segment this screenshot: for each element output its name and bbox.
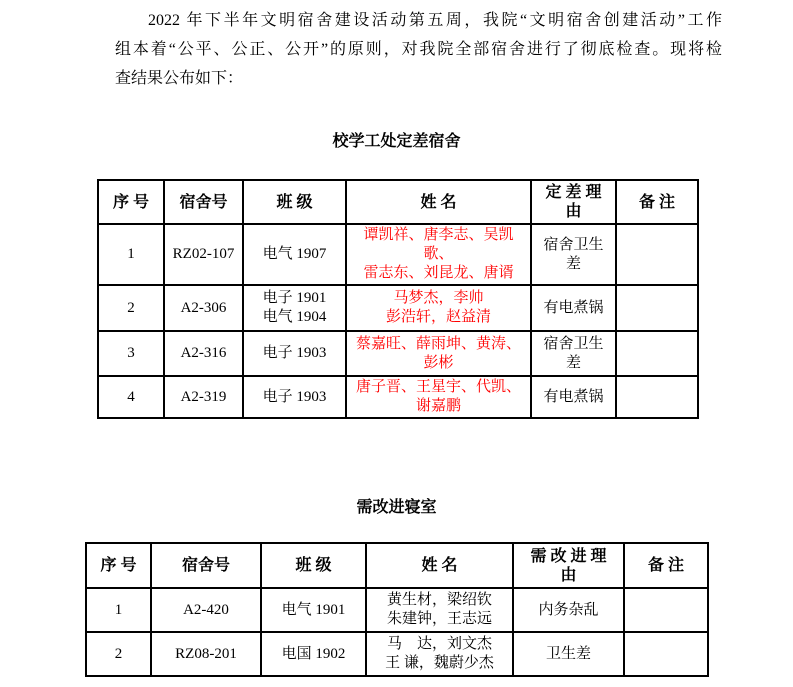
cell-reason: 有电煮锅 (531, 285, 616, 331)
names-line: 谢嘉鹏 (349, 397, 528, 416)
names-line: 彭彬 (349, 354, 528, 373)
intro-line-3: 查结果公布如下： (115, 64, 722, 93)
class-line: 电子 1903 (246, 344, 343, 363)
names-line: 蔡嘉旺、薛雨坤、黄涛、 (349, 335, 528, 354)
cell-note (616, 224, 698, 285)
cell-serial: 3 (98, 331, 164, 376)
table-row: 2 RZ08-201 电国 1902 马 达，刘文杰 王 谦，魏蔚少杰 卫生差 (86, 632, 708, 676)
header-reason-line: 由 (534, 202, 613, 221)
reason-line: 有电煮锅 (534, 388, 613, 407)
cell-reason: 内务杂乱 (513, 588, 624, 632)
cell-serial: 2 (98, 285, 164, 331)
reason-line: 卫生差 (516, 645, 621, 664)
cell-reason: 有电煮锅 (531, 376, 616, 418)
cell-note (616, 285, 698, 331)
cell-serial: 4 (98, 376, 164, 418)
class-line: 电国 1902 (264, 645, 363, 664)
reason-line: 差 (534, 255, 613, 274)
cell-class: 电子 1901 电气 1904 (243, 285, 346, 331)
cell-class: 电气 1901 (261, 588, 366, 632)
intro-line-1: 2022 年下半年文明宿舍建设活动第五周，我院“文明宿舍创建活动”工作 (115, 6, 722, 35)
cell-room: A2-316 (164, 331, 243, 376)
cell-room: RZ08-201 (151, 632, 261, 676)
cell-names: 马 达，刘文杰 王 谦，魏蔚少杰 (366, 632, 513, 676)
class-line: 电气 1901 (264, 601, 363, 620)
header-cell-room: 宿舍号 (151, 543, 261, 588)
cell-class: 电子 1903 (243, 376, 346, 418)
names-line: 黄生材，梁绍钦 (369, 591, 510, 610)
class-line: 电气 1904 (246, 308, 343, 327)
cell-class: 电国 1902 (261, 632, 366, 676)
table-row: 3 A2-316 电子 1903 蔡嘉旺、薛雨坤、黄涛、 彭彬 宿舍卫生 差 (98, 331, 698, 376)
cell-serial: 2 (86, 632, 151, 676)
names-line: 王 谦，魏蔚少杰 (369, 654, 510, 673)
cell-room: A2-306 (164, 285, 243, 331)
intro-paragraph: 2022 年下半年文明宿舍建设活动第五周，我院“文明宿舍创建活动”工作 组本着“… (115, 6, 722, 93)
header-cell-note: 备 注 (624, 543, 708, 588)
dorm-rating-table: 序 号 宿舍号 班 级 姓 名 定 差 理 由 备 注 1 RZ02-107 电… (97, 179, 699, 419)
names-line: 朱建钟，王志远 (369, 610, 510, 629)
improvement-table: 序 号 宿舍号 班 级 姓 名 需 改 进 理 由 备 注 1 A2-420 电… (85, 542, 709, 677)
cell-names: 马梦杰，李帅 彭浩轩，赵益清 (346, 285, 531, 331)
header-cell-note: 备 注 (616, 180, 698, 224)
header-reason-line: 由 (516, 566, 621, 585)
names-line: 马梦杰，李帅 (349, 289, 528, 308)
cell-class: 电气 1907 (243, 224, 346, 285)
cell-room: A2-319 (164, 376, 243, 418)
table1-header-row: 序 号 宿舍号 班 级 姓 名 定 差 理 由 备 注 (98, 180, 698, 224)
class-line: 电子 1903 (246, 388, 343, 407)
cell-room: A2-420 (151, 588, 261, 632)
cell-class: 电子 1903 (243, 331, 346, 376)
cell-note (624, 632, 708, 676)
header-cell-serial: 序 号 (86, 543, 151, 588)
cell-reason: 宿舍卫生 差 (531, 331, 616, 376)
reason-line: 宿舍卫生 (534, 335, 613, 354)
names-line: 雷志东、刘昆龙、唐谞 (349, 264, 528, 283)
header-cell-serial: 序 号 (98, 180, 164, 224)
header-cell-names: 姓 名 (366, 543, 513, 588)
class-line: 电气 1907 (246, 245, 343, 264)
header-cell-reason: 定 差 理 由 (531, 180, 616, 224)
cell-note (616, 331, 698, 376)
table-row: 1 A2-420 电气 1901 黄生材，梁绍钦 朱建钟，王志远 内务杂乱 (86, 588, 708, 632)
document-page: { "page": { "background": "#ffffff" }, "… (0, 0, 793, 687)
cell-reason: 宿舍卫生 差 (531, 224, 616, 285)
table-row: 1 RZ02-107 电气 1907 谭凯祥、唐李志、吴凯歌、 雷志东、刘昆龙、… (98, 224, 698, 285)
header-cell-room: 宿舍号 (164, 180, 243, 224)
names-line: 唐子晋、王星宇、代凯、 (349, 378, 528, 397)
reason-line: 有电煮锅 (534, 299, 613, 318)
cell-names: 黄生材，梁绍钦 朱建钟，王志远 (366, 588, 513, 632)
cell-note (624, 588, 708, 632)
header-cell-reason: 需 改 进 理 由 (513, 543, 624, 588)
table-row: 4 A2-319 电子 1903 唐子晋、王星宇、代凯、 谢嘉鹏 有电煮锅 (98, 376, 698, 418)
names-line: 彭浩轩，赵益清 (349, 308, 528, 327)
cell-names: 蔡嘉旺、薛雨坤、黄涛、 彭彬 (346, 331, 531, 376)
cell-serial: 1 (98, 224, 164, 285)
header-cell-class: 班 级 (243, 180, 346, 224)
cell-note (616, 376, 698, 418)
cell-names: 唐子晋、王星宇、代凯、 谢嘉鹏 (346, 376, 531, 418)
header-cell-names: 姓 名 (346, 180, 531, 224)
cell-reason: 卫生差 (513, 632, 624, 676)
names-line: 谭凯祥、唐李志、吴凯歌、 (349, 226, 528, 264)
section2-title: 需改进寝室 (0, 497, 793, 518)
header-cell-class: 班 级 (261, 543, 366, 588)
section1-title: 校学工处定差宿舍 (0, 131, 793, 152)
reason-line: 内务杂乱 (516, 601, 621, 620)
names-line: 马 达，刘文杰 (369, 635, 510, 654)
header-reason-line: 定 差 理 (534, 183, 613, 202)
intro-line-2: 组本着“公平、公正、公开”的原则，对我院全部宿舍进行了彻底检查。现将检 (115, 35, 722, 64)
cell-room: RZ02-107 (164, 224, 243, 285)
header-reason-line: 需 改 进 理 (516, 547, 621, 566)
reason-line: 宿舍卫生 (534, 236, 613, 255)
table-row: 2 A2-306 电子 1901 电气 1904 马梦杰，李帅 彭浩轩，赵益清 … (98, 285, 698, 331)
class-line: 电子 1901 (246, 289, 343, 308)
table2-header-row: 序 号 宿舍号 班 级 姓 名 需 改 进 理 由 备 注 (86, 543, 708, 588)
reason-line: 差 (534, 354, 613, 373)
cell-names: 谭凯祥、唐李志、吴凯歌、 雷志东、刘昆龙、唐谞 (346, 224, 531, 285)
cell-serial: 1 (86, 588, 151, 632)
